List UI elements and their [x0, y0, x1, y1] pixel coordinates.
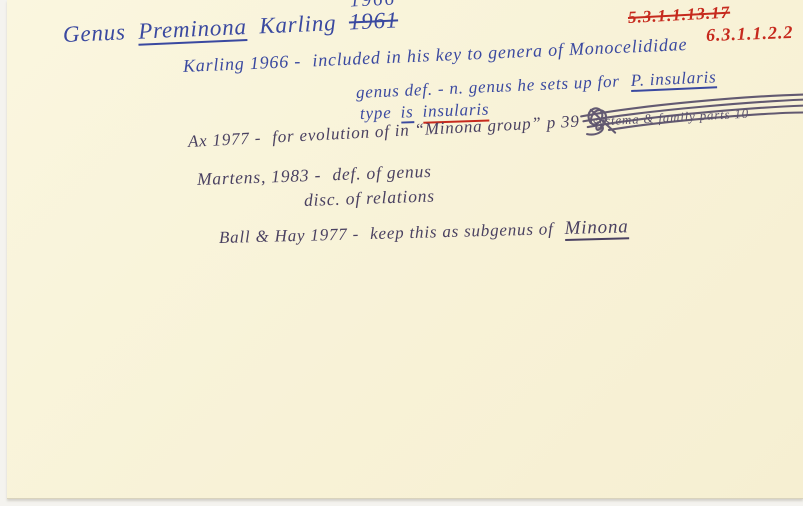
entry-lead: Ax 1977 - — [187, 128, 261, 151]
karling-entry-line-1: Karling 1966 - included in his key to ge… — [183, 34, 688, 77]
entry-text: genus def. - n. genus he sets up for — [356, 71, 621, 101]
martens-entry-line-2: disc. of relations — [304, 185, 436, 211]
entry-text: def. of genus — [332, 161, 432, 184]
entry-lead: Karling 1966 - — [183, 51, 302, 76]
entry-lead: Ball & Hay 1977 - — [219, 224, 360, 247]
catalog-new-number: 6.3.1.1.2.2 — [706, 22, 794, 46]
author-name: Karling — [259, 10, 337, 38]
index-card: 5.3.1.1.13.17 6.3.1.1.2.2 Genus Preminon… — [7, 0, 803, 499]
entry-lead: Martens, 1983 - — [197, 165, 322, 189]
ball-hay-entry-line: Ball & Hay 1977 - keep this as subgenus … — [219, 216, 629, 249]
karling-entry-line-2: genus def. - n. genus he sets up for P. … — [356, 67, 717, 103]
type-label: type — [360, 103, 392, 123]
genus-name-minona: Minona — [564, 216, 628, 241]
genus-name: Preminona — [138, 14, 248, 46]
martens-entry-line-1: Martens, 1983 - def. of genus — [197, 161, 432, 190]
heading-line: Genus Preminona Karling 1966 1961 — [62, 7, 398, 48]
genus-label: Genus — [62, 19, 126, 47]
year-correction: 1966 1961 — [348, 7, 398, 35]
catalog-old-number-struck: 5.3.1.1.13.17 — [627, 3, 730, 27]
entry-text: included in his key to genera of Monocel… — [312, 34, 688, 70]
corrected-year: 1966 — [350, 0, 397, 12]
scribbled-out-text: systema & family parts 10 — [592, 106, 749, 130]
scanned-page: 5.3.1.1.13.17 6.3.1.1.2.2 Genus Preminon… — [0, 0, 803, 506]
struck-text: systema & family parts 10 — [592, 106, 749, 129]
species-name: P. insularis — [630, 67, 717, 92]
entry-text: keep this as subgenus of — [370, 219, 554, 243]
